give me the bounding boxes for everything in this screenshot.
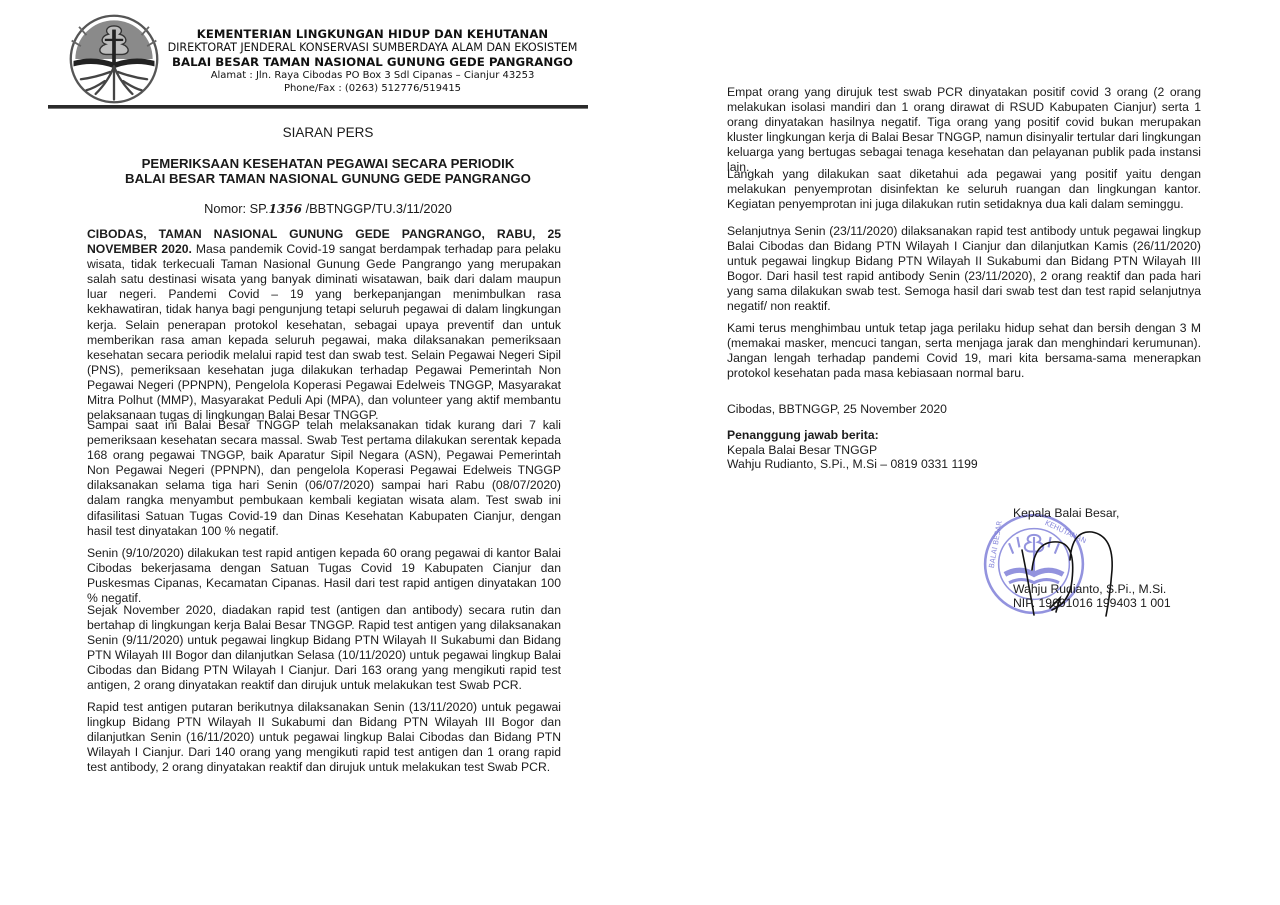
paragraph-swab-history: Sampai saat ini Balai Besar TNGGP telah …	[87, 418, 561, 539]
press-release-page-1: KEMENTERIAN LINGKUNGAN HIDUP DAN KEHUTAN…	[0, 0, 640, 905]
signatory-name: Wahju Rudianto, S.Pi., M.Si.	[1013, 582, 1166, 597]
signatory-nip: NIP. 19691016 199403 1 001	[1013, 596, 1171, 611]
paragraph-pcr-results: Empat orang yang dirujuk test swab PCR d…	[727, 85, 1201, 176]
document-title-line-1: PEMERIKSAAN KESEHATAN PEGAWAI SECARA PER…	[48, 156, 608, 171]
letterhead-directorate: DIREKTORAT JENDERAL KONSERVASI SUMBERDAY…	[150, 41, 595, 54]
paragraph-october-antigen: Senin (9/10/2020) dilakukan test rapid a…	[87, 546, 561, 606]
signature-title: Kepala Balai Besar,	[1013, 506, 1119, 521]
letterhead-divider-thin	[48, 108, 588, 109]
document-number: Nomor: SP.1356 /BBTNGGP/TU.3/11/2020	[48, 201, 608, 216]
responsible-label: Penanggung jawab berita:	[727, 428, 879, 443]
paragraph-disinfection: Langkah yang dilakukan saat diketahui ad…	[727, 167, 1201, 212]
document-title-line-2: BALAI BESAR TAMAN NASIONAL GUNUNG GEDE P…	[48, 171, 608, 186]
paragraph-appeal: Kami terus menghimbau untuk tetap jaga p…	[727, 321, 1201, 381]
paragraph-next-round: Rapid test antigen putaran berikutnya di…	[87, 700, 561, 775]
letterhead-office: BALAI BESAR TAMAN NASIONAL GUNUNG GEDE P…	[150, 55, 595, 69]
responsible-title: Kepala Balai Besar TNGGP	[727, 443, 877, 458]
paragraph-antibody-test: Selanjutnya Senin (23/11/2020) dilaksana…	[727, 224, 1201, 315]
place-and-date: Cibodas, BBTNGGP, 25 November 2020	[727, 402, 947, 417]
document-number-suffix: /BBTNGGP/TU.3/11/2020	[302, 201, 452, 216]
ministry-tree-logo-icon	[68, 13, 160, 105]
letterhead-phone: Phone/Fax : (0263) 512776/519415	[150, 83, 595, 94]
document-number-handwritten: 1356	[269, 202, 302, 216]
letterhead-ministry: KEMENTERIAN LINGKUNGAN HIDUP DAN KEHUTAN…	[150, 27, 595, 41]
document-number-prefix: Nomor: SP.	[204, 201, 268, 216]
paragraph-intro-body: Masa pandemik Covid-19 sangat berdampak …	[87, 242, 561, 422]
paragraph-november-rapid: Sejak November 2020, diadakan rapid test…	[87, 603, 561, 694]
paragraph-intro: CIBODAS, TAMAN NASIONAL GUNUNG GEDE PANG…	[87, 227, 561, 423]
letterhead-address: Alamat : Jln. Raya Cibodas PO Box 3 Sdl …	[150, 70, 595, 81]
document-type: SIARAN PERS	[48, 125, 608, 140]
responsible-contact: Wahju Rudianto, S.Pi., M.Si – 0819 0331 …	[727, 457, 978, 472]
